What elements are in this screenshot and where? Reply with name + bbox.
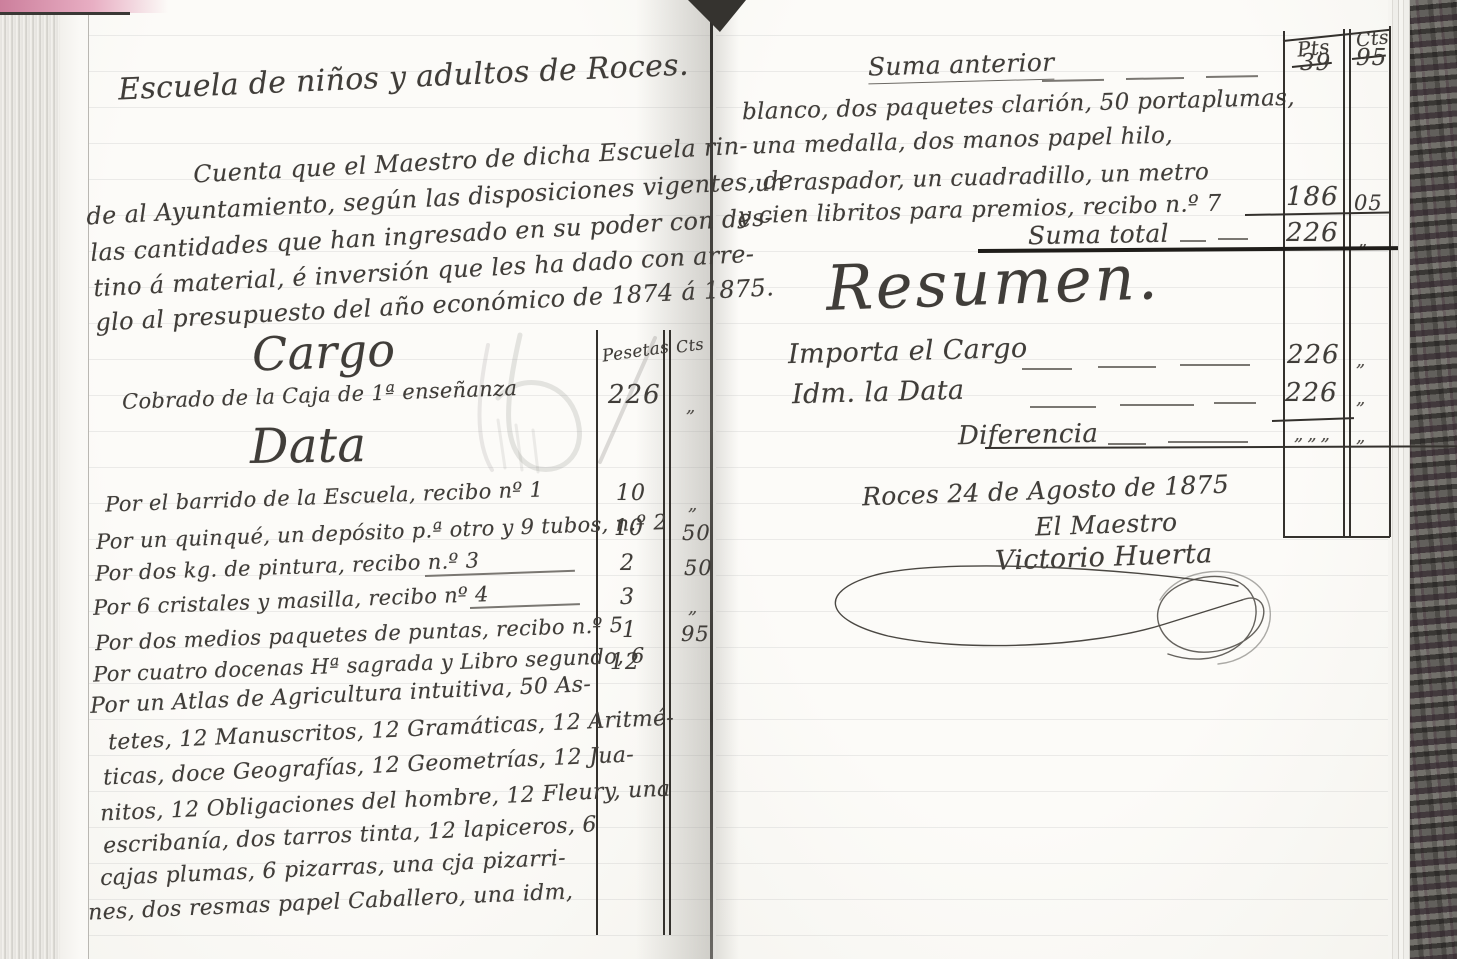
resumen-row-label: Importa el Cargo [788,333,1028,370]
data-heading: Data [250,417,367,475]
signature-role: El Maestro [1035,508,1178,542]
left-page-edge [60,14,89,959]
ledger-scan: Escuela de niños y adultos de Roces. Cue… [0,0,1457,959]
column-rule [663,330,665,935]
left-page-edge-stack [0,14,60,959]
suma-total-pts: 226 [1286,218,1339,248]
fill-dash [1098,366,1156,368]
fill-dash [1180,240,1206,242]
box-left-rule [1283,31,1285,537]
resumen-row-pts: „„„ [1294,424,1334,445]
data-row-pesetas: 2 [620,551,635,576]
fill-dash [1168,441,1248,443]
cargo-row-pesetas: 226 [608,380,661,410]
suma-anterior-label: Suma anterior [868,48,1055,85]
fill-dash [1218,238,1248,240]
box-divider-rule [1343,29,1345,537]
data-row-pesetas: 1 [622,618,637,643]
cts-column-header: Cts [675,334,705,357]
data-row-cts: 95 [681,622,710,646]
resumen-row-pts: 226 [1285,378,1338,408]
fill-dash [1214,402,1256,404]
data-row-cts: „ [688,494,698,515]
resumen-row-pts: 226 [1287,340,1340,370]
resumen-row-cts: „ [1356,350,1366,371]
data-row-cts: „ [688,597,698,618]
suma-anterior-cts: 95 [1356,45,1387,71]
resumen-row-label: Idm. la Data [792,375,965,411]
data-row-cts: 50 [684,556,713,580]
resumen-heading: Resumen. [825,240,1162,325]
data-row-pesetas: 12 [610,650,640,675]
recibo7-pts: 186 [1286,182,1339,212]
fill-dash [1030,406,1096,408]
suma-anterior-pts: 39 [1300,50,1331,76]
page-top-edge [0,12,130,15]
fill-dash [1120,404,1194,406]
box-divider-rule [1349,29,1351,537]
box-bottom-rule [1283,536,1390,538]
fill-dash [1022,368,1072,370]
book-edge-marbled [1410,0,1457,959]
column-rule [669,330,671,935]
data-row-pesetas: 10 [616,481,646,506]
fill-dash [1108,443,1146,445]
resumen-row-cts: „ [1356,426,1366,447]
data-row-pesetas: 10 [614,516,644,541]
cargo-heading: Cargo [251,323,396,382]
box-right-rule [1389,26,1391,537]
resumen-row-cts: „ [1356,388,1366,409]
data-row-cts: 50 [682,521,711,545]
cargo-row-cts: „ [686,396,696,417]
data-row-pesetas: 3 [620,585,635,610]
fill-dash [1180,364,1250,366]
right-page-edge [1388,0,1410,959]
